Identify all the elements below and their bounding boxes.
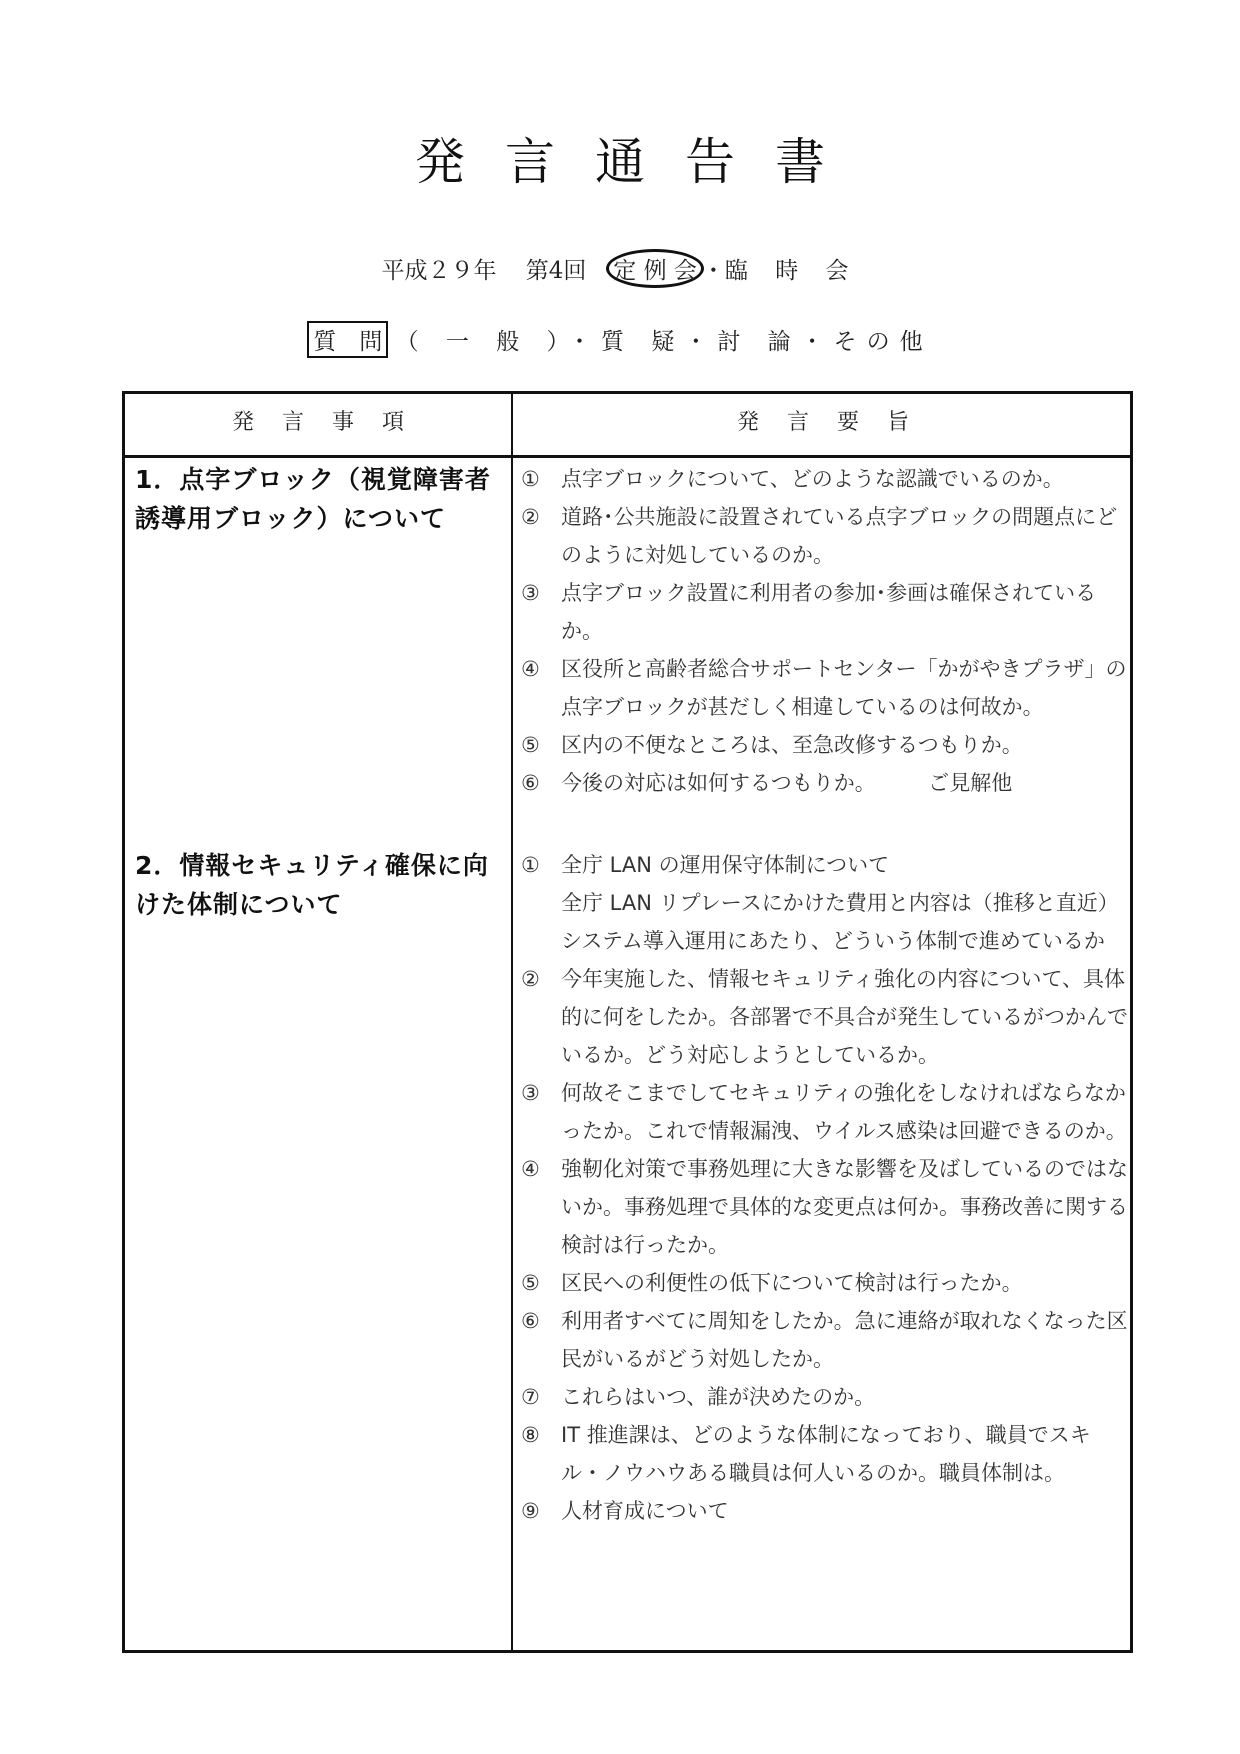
other-categories: （ 一 般 ）・質 疑・討 論・その他 (396, 329, 933, 355)
separator: ・ (702, 258, 725, 284)
category-line: 質 問 （ 一 般 ）・質 疑・討 論・その他 (0, 321, 1240, 358)
list-item: ②道路･公共施設に設置されている点字ブロックの問題点にどのように対処しているのか… (521, 498, 1131, 574)
list-item: ⑤区民への利便性の低下について検討は行ったか。 (521, 1264, 1131, 1302)
list-item: ③点字ブロック設置に利用者の参加･参画は確保されているか。 (521, 574, 1131, 650)
selected-meeting-type: 定 例 会 (606, 249, 704, 288)
topic-2-items: ①全庁 LAN の運用保守体制について 全庁 LAN リプレースにかけた費用と内… (521, 846, 1131, 1530)
list-item: ⑦これらはいつ、誰が決めたのか。 (521, 1378, 1131, 1416)
selected-category: 質 問 (307, 321, 388, 358)
session-meeting: 第4回 (526, 258, 587, 284)
list-item: ④強靭化対策で事務処理に大きな影響を及ばしているのではないか。事務処理で具体的な… (521, 1150, 1131, 1264)
topic-1-items: ①点字ブロックについて、どのような認識でいるのか。 ②道路･公共施設に設置されて… (521, 460, 1131, 802)
list-item: ⑥利用者すべてに周知をしたか。急に連絡が取れなくなった区民がいるがどう対処したか… (521, 1302, 1131, 1378)
list-item: ⑧IT 推進課は、どのような体制になっており、職員でスキル・ノウハウある職員は何… (521, 1416, 1131, 1492)
notice-table: 発言事項 発言要旨 1．点字ブロック（視覚障害者誘導用ブロック）について ①点字… (122, 391, 1133, 1653)
column-divider (511, 394, 513, 1650)
header-topic: 発言事項 (125, 394, 511, 452)
topic-1-label: 1．点字ブロック（視覚障害者誘導用ブロック）について (135, 460, 507, 538)
list-item: ①全庁 LAN の運用保守体制について 全庁 LAN リプレースにかけた費用と内… (521, 846, 1131, 960)
list-item: ②今年実施した、情報セキュリティ強化の内容について、具体的に何をしたか。各部署で… (521, 960, 1131, 1074)
session-line: 平成２９年 第4回 定 例 会・臨 時 会 (0, 249, 1240, 288)
table-header: 発言事項 発言要旨 (125, 394, 1130, 458)
list-item: ③何故そこまでしてセキュリティの強化をしなければならなかったか。これで情報漏洩、… (521, 1074, 1131, 1150)
list-item: ⑤区内の不便なところは、至急改修するつもりか。 (521, 726, 1131, 764)
list-item: ①点字ブロックについて、どのような認識でいるのか。 (521, 460, 1131, 498)
header-summary: 発言要旨 (513, 394, 1133, 452)
document-title: 発言通告書 (0, 122, 1240, 194)
list-item: ⑥今後の対応は如何するつもりか。 ご見解他 (521, 764, 1131, 802)
list-item: ⑨人材育成について (521, 1492, 1131, 1530)
topic-2-label: 2．情報セキュリティ確保に向けた体制について (135, 846, 507, 924)
other-meeting-type: 臨 時 会 (725, 258, 859, 284)
session-year: 平成２９年 (381, 258, 496, 284)
list-item: ④区役所と高齢者総合サポートセンター「かがやきプラザ」の点字ブロックが甚だしく相… (521, 650, 1131, 726)
